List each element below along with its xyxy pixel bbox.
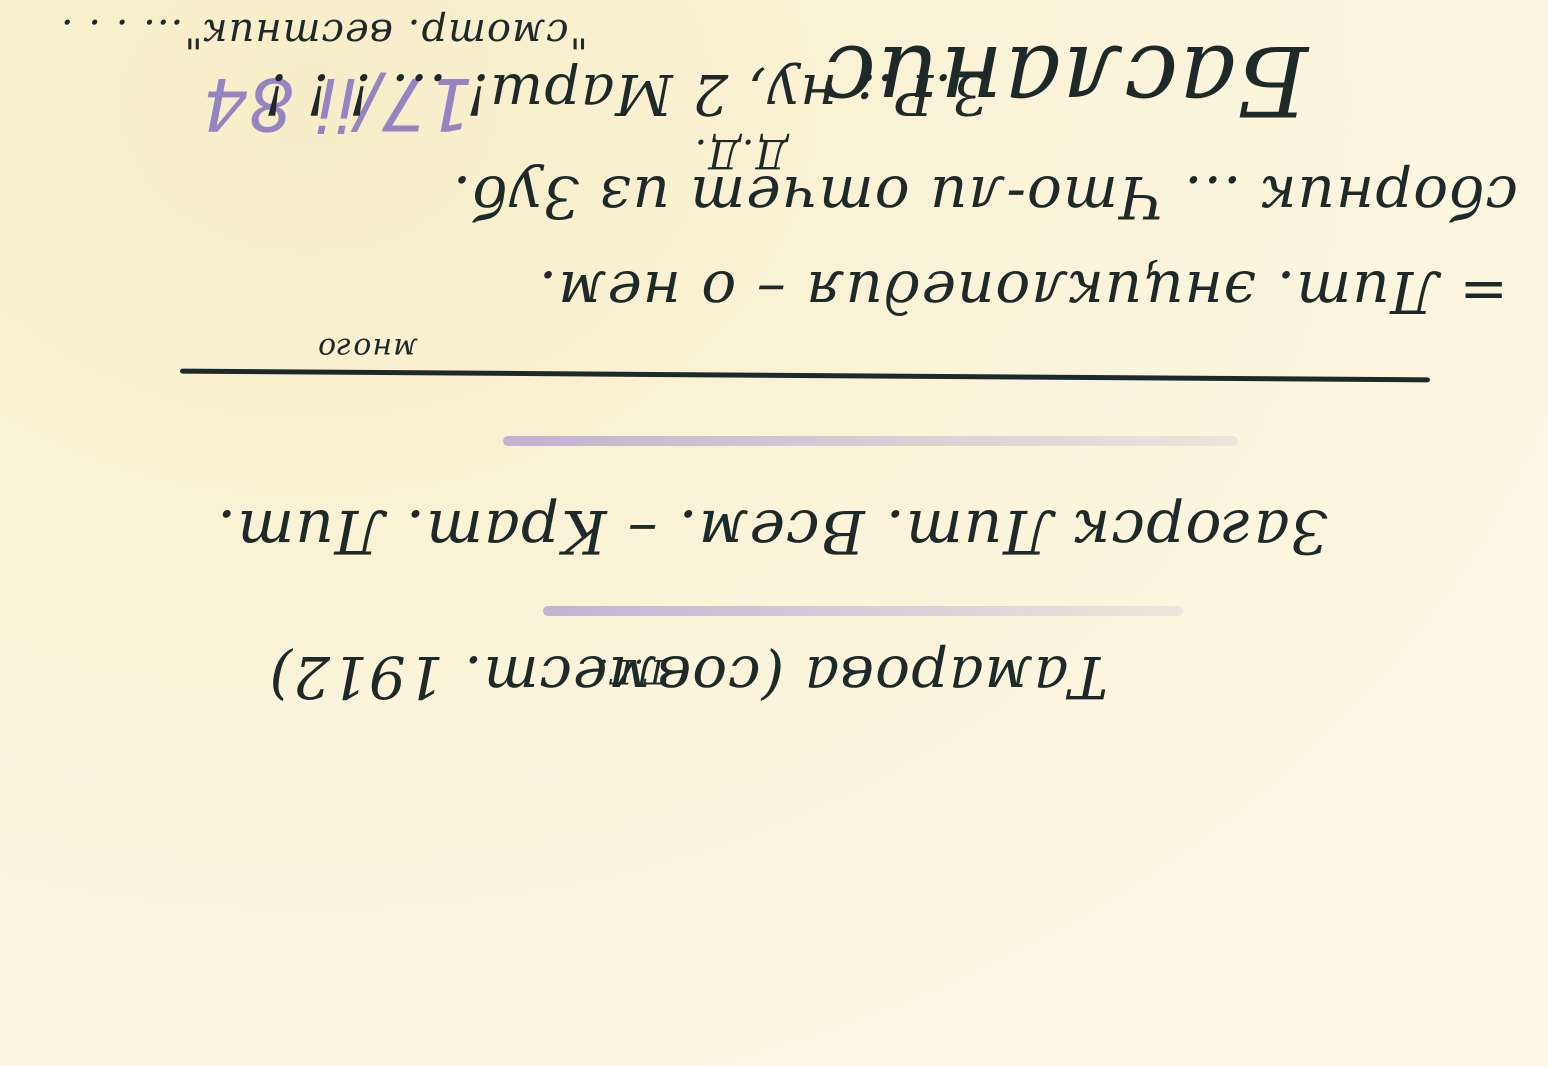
line3-text: = Лит. энциклопедия – о нем. — [538, 258, 1508, 326]
line2-text: Загорск Лит. Всем. – Крат. Лит. — [216, 496, 1328, 566]
line4-text: сборник ... Что-ли отчет из Зуб. — [452, 163, 1518, 231]
pencil-highlight-2 — [503, 436, 1238, 446]
line1-text: Тамарова (совмест. 1912) — [268, 643, 1108, 711]
line6-text: "смотр. вестник"... . . . — [60, 10, 588, 56]
card-content-rotated: Басланис Д.Д. 17/ii 84 Т.Г. Тамарова (со… — [0, 0, 1548, 1066]
divider-rule — [180, 369, 1430, 383]
pencil-highlight-1 — [543, 606, 1183, 616]
index-card: Басланис Д.Д. 17/ii 84 Т.Г. Тамарова (со… — [0, 0, 1548, 1066]
line5-text: З.Р.: ну, 2 Марш! ... ! ! ! — [264, 61, 988, 126]
line3-over: много — [317, 331, 418, 366]
